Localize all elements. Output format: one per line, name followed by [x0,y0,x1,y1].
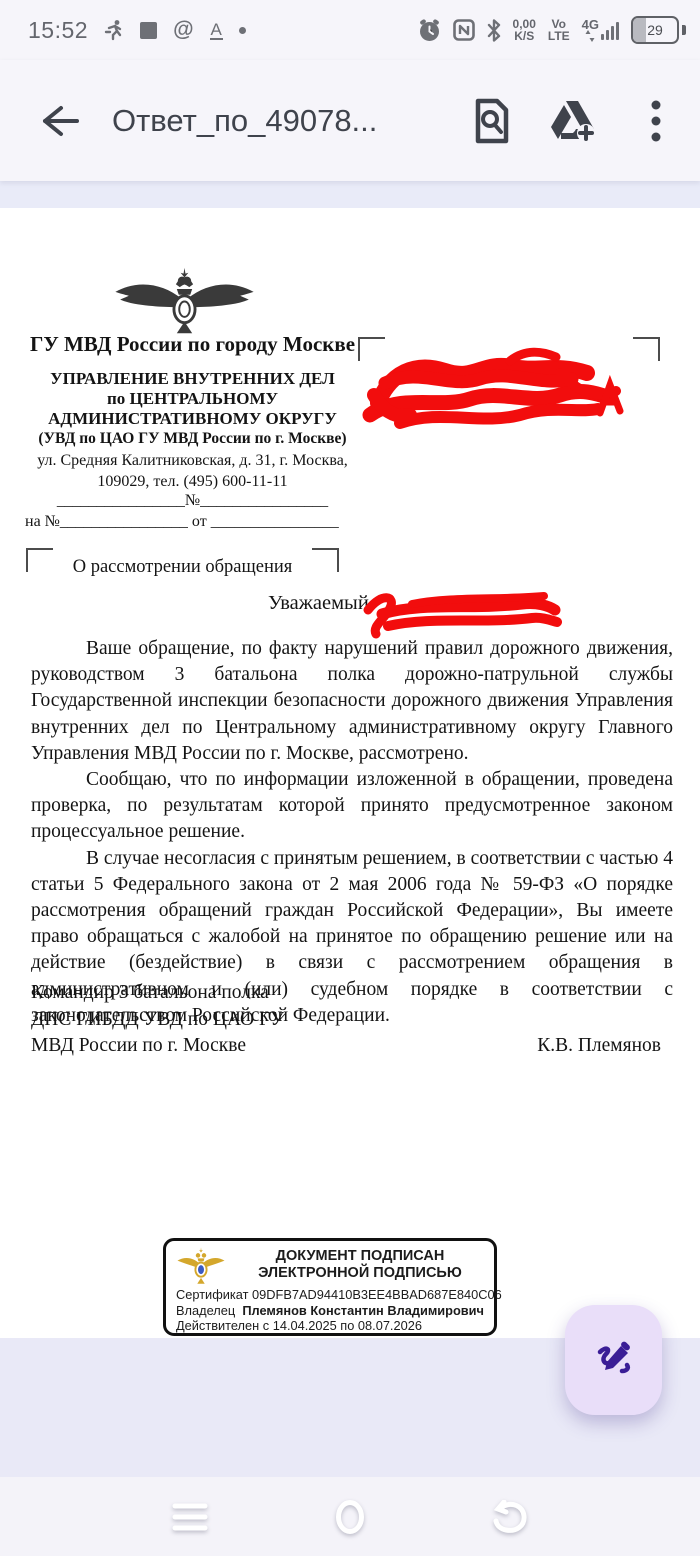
status-bar: 15:52 @ A 0,00K/S VoLTE [0,0,700,60]
org-name-main: ГУ МВД России по городу Москве [20,332,365,357]
signal-bars-icon [601,20,619,42]
signature-pen-icon [592,1338,636,1382]
find-in-document-button[interactable] [466,95,518,147]
recents-button[interactable] [160,1492,220,1542]
owner-name: Племянов Константин Владимирович [242,1303,484,1318]
subject-text: О рассмотрении обращения [26,557,339,578]
paragraph-2: Сообщаю, что по информации изложенной в … [31,767,673,846]
certificate-value: 09DFB7AD94410B3EE4BBAD687E840C06 [252,1287,502,1302]
document-title: Ответ_по_49078... [112,103,442,139]
phone-screen: 15:52 @ A 0,00K/S VoLTE [0,0,700,1556]
bluetooth-icon [487,19,501,42]
navigation-bar [0,1477,700,1556]
stamp-title: ДОКУМЕНТ ПОДПИСАН ЭЛЕКТРОННОЙ ПОДПИСЬЮ [232,1248,488,1282]
clock-time: 15:52 [28,17,88,44]
back-nav-button[interactable] [480,1492,540,1542]
battery-indicator: 29 [631,16,679,44]
signature-block: Командир 3 батальона полка ДПС ГИБДД УВД… [31,980,661,1060]
letter-body: Ваше обращение, по факту нарушений прави… [31,636,673,1029]
nfc-icon [453,19,475,41]
recipient-block [358,337,660,447]
stamp-eagle-icon [173,1244,229,1290]
org-address: ул. Средняя Калитниковская, д. 31, г. Мо… [20,450,365,492]
document-page[interactable]: ГУ МВД России по городу Москве УПРАВЛЕНИ… [0,208,700,1338]
battery-nub [682,25,686,35]
underlined-a-icon: A [210,21,223,40]
running-mode-icon [104,19,124,41]
alarm-icon [418,19,441,42]
volte-indicator: VoLTE [548,18,570,42]
redaction-scribble [360,343,650,441]
e-signature-stamp: ДОКУМЕНТ ПОДПИСАН ЭЛЕКТРОННОЙ ПОДПИСЬЮ С… [163,1238,497,1336]
back-button[interactable] [36,97,84,145]
page-gap-top [0,181,700,208]
stamp-details: Сертификат 09DFB7AD94410B3EE4BBAD687E840… [176,1287,488,1334]
paragraph-1: Ваше обращение, по факту нарушений прави… [31,636,673,767]
name-redaction-scribble [352,580,564,640]
app-square-icon [140,22,157,39]
app-toolbar: Ответ_по_49078... [0,60,700,181]
signer-name: К.В. Племянов [537,1033,661,1060]
outgoing-number-line: ________________№________________ [20,492,365,510]
home-button[interactable] [320,1492,380,1542]
reference-number-line: на №________________ от ________________ [25,513,385,531]
signal-indicator: 4G [582,19,619,42]
add-to-drive-button[interactable] [548,95,600,147]
validity-period: Действителен с 14.04.2025 по 08.07.2026 [176,1318,488,1334]
sign-document-fab[interactable] [565,1305,662,1415]
network-speed: 0,00K/S [513,18,536,42]
at-sign-icon: @ [173,18,193,42]
notification-dot-icon [239,27,246,34]
org-header: ГУ МВД России по городу Москве УПРАВЛЕНИ… [20,332,365,448]
mvd-eagle-emblem-icon [112,266,257,338]
subject-block: О рассмотрении обращения [26,548,339,588]
overflow-menu-button[interactable] [630,95,682,147]
